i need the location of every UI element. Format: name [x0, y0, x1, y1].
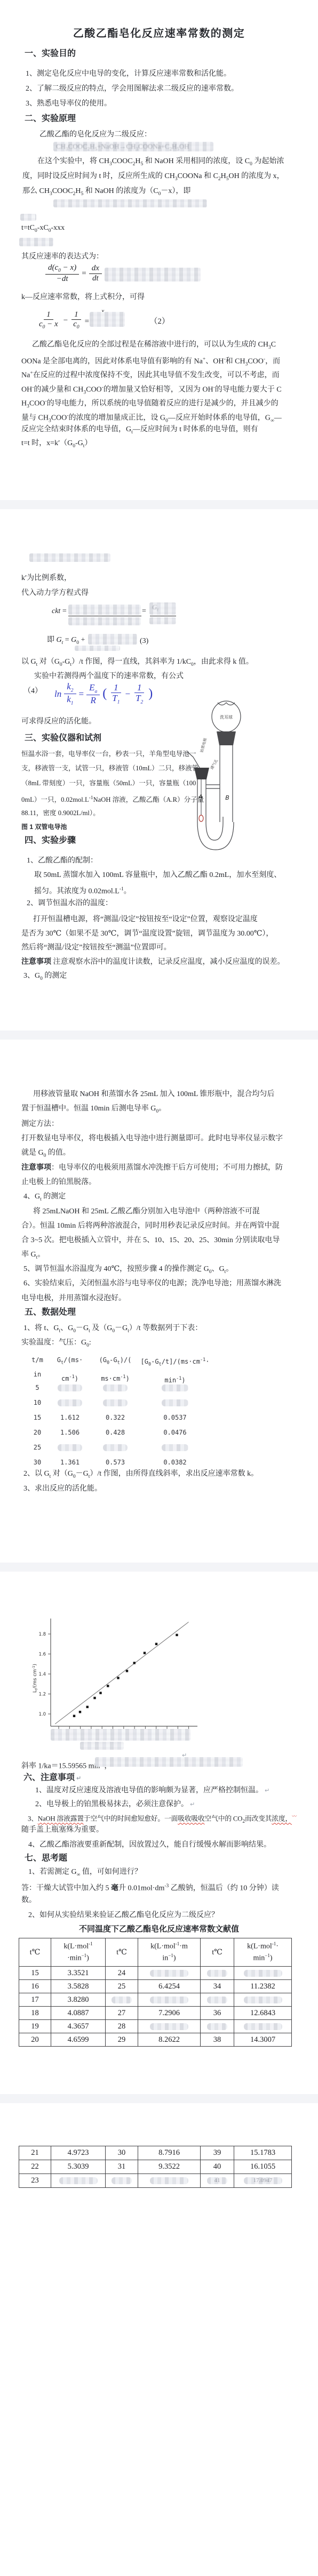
text-line: 合 3~5 次。把电极插入立管中，并在 5、10、15、20、25、30min … — [21, 1236, 280, 1245]
table-cell — [201, 1967, 234, 1980]
redacted-region — [80, 1742, 124, 1750]
text-line: 度，同时设反应时间为 t 时，反应所生成的 CH3COONa 和 C2H5OH … — [22, 172, 284, 184]
redacted-cell — [150, 1970, 188, 1977]
table-cell: 3.8280 — [51, 1993, 106, 2007]
table-cell: 23 — [19, 2174, 51, 2188]
table-cell: 3.5828 — [51, 1980, 106, 1993]
text-line: 1、若需测定 G∞ 值，可如何进行？ — [28, 1867, 142, 1880]
redacted-cell — [162, 1399, 188, 1406]
table-cell: 9.3522 — [138, 2160, 201, 2174]
text-line: 量与 CH3COO-的浓度的增加量成正比，设 G0—反应开始时体系的电导值，G∞… — [21, 411, 282, 425]
formula-rate: d(c0 − x) −dt = dx dt — [45, 263, 102, 284]
text-line: = — [142, 607, 146, 616]
redacted-region — [75, 646, 120, 651]
text-line: 2、以 Gt 对（G0－Gt）/t 作图，由所得直线斜率，求出反应速率常数 k。 — [23, 1469, 258, 1482]
y-tick-label: 1.2 — [38, 1692, 46, 1697]
chart-gt-vs-g0gt-over-t: 1.01.21.41.61.8Lt/(ms cm-1) — [28, 1614, 214, 1748]
text-line: 以 Gt 对（G0-Gt）/t 作图，得一直线，其斜率为 1/kC0，由此求得 … — [21, 657, 253, 670]
data-point — [126, 1670, 128, 1672]
redacted-cell — [103, 1399, 128, 1406]
table-cell: 4.0887 — [51, 2007, 106, 2020]
text-line: 是否为 30℃（如果不是 30℃，调节“温度设置”旋钮，调节温度为 30.00℃… — [21, 929, 273, 939]
redacted-cell — [58, 1444, 82, 1451]
text-line: 随手盖上瓶塞殊为重要。 — [21, 1825, 104, 1835]
data-point — [93, 1697, 96, 1699]
table-cell — [201, 2020, 234, 2033]
table-header-cell: k(L·mol-1·min−1) — [51, 1938, 106, 1967]
redacted-cell — [207, 2023, 227, 2030]
table-cell: 11.2382 — [234, 1980, 292, 1993]
text-line: 六、注意事项↵ — [23, 1773, 81, 1783]
table-row: 204.6599298.26223814.3007 — [19, 2033, 292, 2047]
text-line: 6、实验结束后，关闭恒温水浴与电导率仪的电源；洗净电导池；用蒸馏水淋洗 — [23, 1279, 281, 1289]
redacted-region — [68, 617, 141, 625]
table-cell: 21 — [19, 2146, 51, 2160]
redacted-ghost-text: CH3COOC2H5+NaOH→CH3COONa+C2H5OH — [56, 142, 189, 152]
table-cell — [106, 1993, 138, 2007]
table-cell: 1.361 — [49, 1458, 91, 1467]
table-cell: 30 — [26, 1458, 49, 1467]
redacted-region — [149, 617, 176, 624]
table-cell: 15 — [19, 1967, 51, 1980]
text-line: 恒温水浴一套，电导率仪一台，秒表一只，羊角型电导池一 — [21, 749, 196, 759]
text-line: 率 Gt。 — [21, 1250, 45, 1262]
text-line: 4、乙酸乙酯溶液要重新配制，因放置过久，能自行缓慢水解而影响结果。 — [28, 1840, 271, 1850]
redacted-cell — [162, 1444, 188, 1451]
table-cell: 15.1783 — [234, 2146, 292, 2160]
text-line: 3、求出反应的活化能。 — [23, 1484, 102, 1494]
text-line: 2、调节恒温水浴的温度： — [27, 899, 113, 908]
redacted-region — [88, 634, 137, 645]
table-header-cell: k(L·mol-1·min−1) — [234, 1938, 292, 1967]
text-line: 其反应速率的表达式为： — [21, 252, 104, 262]
table-cell — [106, 2174, 138, 2188]
text-line: 图 1 双管电导池 — [21, 822, 67, 832]
text-line: 打开数显电导率仪，将电极插入电导池中进行测量即可。此时电导率仪显示数字 — [21, 1134, 283, 1144]
text-line: 取 50mL 蒸馏水加入 100mL 容量瓶中，加入乙酸乙酯 0.2mL，加水至… — [34, 871, 281, 880]
table-cell: 4.9723 — [51, 2146, 106, 2160]
redacted-cell — [58, 1384, 82, 1391]
text-line: 七、思考题 — [25, 1854, 67, 1863]
stopper-b — [217, 731, 236, 745]
text-line: t=t 时，x=k′（G0-Gt） — [21, 439, 92, 451]
table-cell: 29 — [106, 2033, 138, 2047]
table-cell: 39 — [201, 2146, 234, 2160]
table-cell: 19 — [19, 2020, 51, 2033]
figure-conductivity-cell: 洗耳球 铂黑电极 通气孔 A B — [185, 689, 259, 865]
redacted-cell — [112, 2177, 132, 2184]
electrode-tip — [199, 815, 203, 822]
redacted-cell — [59, 2177, 98, 2184]
text-line: 1、温度对反应速度及溶液电导值的影响颇为显著，应严格控制恒温。↵ — [35, 1786, 269, 1796]
data-point — [79, 1711, 81, 1713]
text-line: 置于恒温槽中。恒温 10min 后测电导率 G0。 — [21, 1104, 166, 1116]
text-line: 支，移液管一支，试管一只，移液管（10mL）二只，移液管 — [21, 763, 198, 773]
text-line: 可求得反应的活化能。 — [21, 717, 96, 727]
table-cell: 20 — [26, 1428, 49, 1437]
redacted-region — [51, 1729, 190, 1741]
data-point — [86, 1706, 89, 1708]
label-tube-b: B — [225, 794, 229, 801]
table-row: 184.0887277.29063612.6843 — [19, 2007, 292, 2020]
text-line: 1、将 t、Gt、G0－Gt 及（G0－Gt）/t 等数据列于下表： — [23, 1324, 202, 1336]
redacted-region — [68, 605, 141, 615]
table-cell: 22 — [19, 2160, 51, 2174]
label-vent: 通气孔 — [209, 758, 219, 770]
fraction: 1 T1 — [109, 682, 122, 706]
fraction: d(c0 − x) −dt — [45, 263, 79, 284]
trend-line — [55, 1622, 188, 1724]
literature-rate-constant-table: 214.9723308.79163915.1783225.3039319.352… — [19, 2146, 292, 2188]
table-cell — [90, 1443, 141, 1452]
table-cell — [138, 2174, 201, 2188]
table-row: 225.3039319.35224016.1055 — [19, 2160, 292, 2174]
table-row: 194.365728 — [19, 2020, 292, 2033]
table-cell — [234, 2020, 292, 2033]
table-cell — [49, 1383, 91, 1392]
text-line: 摇匀。其浓度为 0.02mol.L-1。 — [34, 884, 131, 897]
fraction-bar — [150, 616, 176, 616]
redacted-cell: 41 — [207, 2177, 227, 2184]
table-cell: 12.6843 — [234, 2007, 292, 2020]
data-point — [176, 1634, 178, 1636]
label-wash-bulb: 洗耳球 — [220, 714, 233, 720]
text-line: 五、数据处理 — [25, 1308, 76, 1317]
redacted-cell — [150, 2023, 188, 2030]
table-cell — [234, 1967, 292, 1980]
redacted-region — [20, 214, 36, 221]
redacted-cell — [103, 1444, 128, 1451]
text-line: 数。 — [21, 1896, 36, 1905]
table-header-cell: k(L·mol-1·min−1) — [138, 1938, 201, 1967]
table-cell: 0.0382 — [138, 1458, 212, 1467]
formula-arrhenius: ln k2 k1 = Ea R ( 1 T1 − 1 T2 ) — [54, 681, 153, 707]
y-tick-label: 1.4 — [38, 1672, 46, 1677]
table-cell: 38 — [201, 2033, 234, 2047]
table-cell — [138, 2020, 201, 2033]
table-cell: 15 — [26, 1413, 49, 1422]
page-break-band — [0, 1563, 318, 1572]
text-line: OONa 是全部电离的，因此对体系电导值有影响的有 Na+、OH-和 CH3CO… — [21, 355, 280, 369]
table-cell — [138, 1443, 212, 1452]
text-line: （8mL 带刻度）一只，容量瓶（50mL）一只，容量瓶（100 — [21, 778, 196, 788]
text-line: 四、实验步骤 — [25, 836, 76, 846]
text-line: 5、调节恒温水浴温度为 40℃，按照步骤 4 的操作测定 G0、Gt。 — [23, 1265, 233, 1277]
text-line: 1、乙酸乙酯的配制： — [27, 856, 98, 866]
redacted-region — [29, 553, 110, 562]
table-cell: 0.573 — [90, 1458, 141, 1467]
table-cell: 25 — [26, 1443, 49, 1452]
fraction-bar — [68, 616, 141, 616]
text-line: 就是 G0 的值。 — [21, 1148, 70, 1161]
table-header-cell: Gt/(ms·cm-1) — [49, 1353, 91, 1386]
redacted-cell — [162, 1384, 188, 1391]
table-row: 153.352124 — [19, 1967, 292, 1980]
y-tick-label: 1.0 — [38, 1712, 46, 1717]
text-line: 打开恒温槽电源，将“测温/设定”按钮按至“设定”位置，观察设定温度 — [33, 915, 258, 924]
text-line: 3、G0 的测定 — [23, 971, 67, 984]
redacted-cell — [150, 1997, 188, 2003]
table-cell: 4.3657 — [51, 2020, 106, 2033]
page-break-band — [0, 1031, 318, 1040]
text-line: 一、实验目的 — [25, 49, 76, 59]
redacted-region — [105, 268, 201, 281]
table-cell: 18 — [19, 2007, 51, 2020]
table-cell: 4.6599 — [51, 2033, 106, 2047]
table-cell: 31 — [106, 2160, 138, 2174]
table-cell: 5 — [26, 1383, 49, 1392]
table-cell — [51, 2174, 106, 2188]
fraction: 1 c0 − x — [36, 310, 61, 331]
table-cell: 41 — [201, 2174, 234, 2188]
redacted-cell — [244, 2023, 282, 2030]
label-electrode: 铂黑电极 — [199, 737, 208, 753]
text-line: 二、实验原理 — [25, 114, 76, 124]
table-cell: 8.7916 — [138, 2146, 201, 2160]
document-page: 乙酸乙酯皂化反应速率常数的测定 一、实验目的1、测定皂化反应中电导的变化，计算反… — [0, 0, 318, 2576]
text-line: 注意事项 注意观察水浴中的温度计读数，记录反应温度，减小反应温度的误差。 — [21, 957, 285, 967]
table-cell: 24 — [106, 1967, 138, 1980]
table-cell: 10 — [26, 1398, 49, 1407]
page-break-band — [0, 500, 318, 509]
text-line: 2、如何从实验结果来验证乙酸乙酯皂化反应为二级反应？ — [28, 1911, 219, 1920]
redacted-cell — [207, 1997, 227, 2003]
text-line: 3、熟悉电导率仪的使用。 — [26, 99, 112, 109]
text-line: Na+在反应的过程中浓度保持不变，因此其电导值不发生改变，可以不考虑，而 — [21, 368, 280, 381]
text-line: 乙酸乙酯的皂化反应为二级反应： — [39, 130, 152, 140]
redacted-cell — [112, 1997, 132, 2003]
table-cell: 34 — [201, 1980, 234, 1993]
data-point — [155, 1643, 157, 1645]
fraction: 1 T2 — [133, 682, 146, 706]
table-cell: 27 — [106, 2007, 138, 2020]
table-header-cell: t/min — [26, 1353, 49, 1382]
text-line: ckt = — [52, 607, 67, 616]
table-cell: 17 — [19, 1993, 51, 2007]
table-cell — [49, 1398, 91, 1407]
table-cell — [49, 1443, 91, 1452]
table-cell — [234, 1993, 292, 2007]
table-cell: 16 — [19, 1980, 51, 1993]
table-cell — [138, 1398, 212, 1407]
text-line: 反应完全结束时体系的电导值，Gt—反应时间为 t 时体系的电导值，则有 — [21, 425, 258, 437]
data-point — [133, 1662, 136, 1664]
scatter-chart: 1.01.21.41.61.8Lt/(ms cm-1) — [28, 1614, 214, 1748]
data-point — [73, 1715, 75, 1717]
table-cell: 14.3007 — [234, 2033, 292, 2047]
table-row: 173.8280 — [19, 1993, 292, 2007]
table-cell: 1.506 — [49, 1428, 91, 1437]
table-row: 163.5828256.42543411.2382 — [19, 1980, 292, 1993]
redacted-region — [19, 238, 53, 246]
table-header-cell: (G0-Gt)/(ms·cm-1) — [90, 1353, 141, 1386]
data-point — [99, 1692, 101, 1694]
table-cell — [90, 1383, 141, 1392]
table-cell: 28 — [106, 2020, 138, 2033]
text-line: （4） — [23, 687, 42, 696]
table-cell — [201, 1993, 234, 2007]
table-cell: 5.3039 — [51, 2160, 106, 2174]
text-line: 在这个实验中，将 CH3COOC2H5 和 NaOH 采用相同的浓度，设 C0 … — [37, 157, 284, 169]
redacted-cell — [207, 1970, 227, 1977]
text-line: 然后将“测温/设定”按钮按至“测温”位置即可。 — [21, 943, 171, 953]
text-line: 88.11，密度 0.9002L/ml）。 — [21, 808, 100, 818]
redacted-region — [95, 1757, 243, 1767]
text-line: H3COO-的导电能力，所以系统的电导值随着反应的进行是减少的，并且减少的 — [21, 397, 279, 411]
text-line: k′为比例系数， — [21, 574, 71, 583]
text-line: 合）。恒温 10min 后将两种溶液混合，同时用秒表记录反应时间。并在两管中混 — [21, 1221, 280, 1231]
text-line: 三、实验仪器和试剂 — [25, 734, 101, 743]
text-line: 不同温度下乙酸乙酯皂化反应速率常数文献值 — [0, 1925, 318, 1934]
redacted-cell: 17.0947 — [244, 2177, 282, 2184]
fraction: 1 c0 — [70, 310, 82, 331]
table-header-cell: t℃ — [201, 1938, 234, 1967]
redacted-cell — [103, 1384, 128, 1391]
redacted-region — [90, 312, 125, 327]
text-line: 2、电导极上的铂黑极易抹去，必须注意保护。↵ — [35, 1800, 195, 1809]
page-break-band — [0, 2094, 318, 2103]
table-cell: 0.0537 — [138, 1413, 212, 1422]
text-line: 2、了解二级反应的特点，学会用图解法求二级反应的速率常数。 — [26, 84, 238, 94]
table-header-cell: t℃ — [106, 1938, 138, 1967]
data-point — [117, 1677, 119, 1679]
text-line: 4、Gt 的测定 — [23, 1192, 66, 1204]
table-cell: 25 — [106, 1980, 138, 1993]
y-tick-label: 1.6 — [38, 1652, 46, 1657]
text-line: 止电极上的铂黑脱落。 — [21, 1178, 96, 1187]
text-line: 实验中若测得两个温度下的速率常数，有公式 — [34, 672, 184, 681]
text-line: (3) — [140, 637, 148, 646]
text-line: 用移液管量取 NaOH 和蒸馏水各 25mL 加入 100mL 锥形瓶中，混合均… — [33, 1090, 274, 1099]
redacted-region — [53, 199, 207, 207]
table-row: 234117.0947 — [19, 2174, 292, 2188]
table-cell: 1.612 — [49, 1413, 91, 1422]
table-cell: 3.3521 — [51, 1967, 106, 1980]
data-point — [107, 1685, 109, 1687]
text-line: k—反应速率常数，将上式积分，可得 — [21, 293, 145, 302]
table-cell: 0.428 — [90, 1428, 141, 1437]
table-cell: 7.2906 — [138, 2007, 201, 2020]
redacted-ghost-text: Gt — [152, 603, 158, 613]
table-cell — [90, 1398, 141, 1407]
text-line: 将 25mLNaOH 和 25mL 乙酸乙酯分别加入电导池中（两种溶液不可混 — [33, 1207, 260, 1217]
fraction: k2 k1 — [64, 681, 76, 707]
text-line: OH-的减少量和 CH3COO-的增加量又恰好相等，又因为 OH-的导电能力要大… — [21, 383, 282, 397]
y-tick-label: 1.8 — [38, 1632, 46, 1637]
redacted-cell — [244, 1997, 282, 2003]
text-line: 乙酸乙酯皂化反应的全部过程是在稀溶液中进行的，可以认为生成的 CH3C — [32, 340, 276, 352]
table-cell — [138, 1967, 201, 1980]
label-tube-a: A — [198, 793, 203, 800]
text-line: 代入动力学方程式得 — [21, 589, 89, 598]
table-row: 214.9723308.79163915.1783 — [19, 2146, 292, 2160]
data-point — [144, 1652, 146, 1654]
text-line: 答：干燥大试管中加入约 5 毫升 0.01mol·dm-3 乙酸钠，恒温后（约 … — [21, 1881, 279, 1894]
table-cell: 17.0947 — [234, 2174, 292, 2188]
text-line: 3、NaOH 溶液露置于空气中的时间愈短愈好。一面吸收吸收空气中的 CO2而改变… — [28, 1812, 297, 1826]
text-line: 那么 CH3COOC2H5 和 NaOH 的浓度为（C0－x），即 — [22, 187, 190, 199]
literature-rate-constant-table: t℃k(L·mol-1·min−1)t℃k(L·mol-1·min−1)t℃k(… — [19, 1938, 292, 2047]
table-cell — [138, 1993, 201, 2007]
y-axis-label: Lt/(ms cm-1) — [31, 1664, 38, 1693]
text-line: 测定方法： — [21, 1120, 59, 1129]
text-line: 电导电极，并用蒸馏水浸泡好。 — [21, 1294, 126, 1303]
table-cell: 0.0476 — [138, 1428, 212, 1437]
fraction: dx dt — [89, 264, 102, 283]
table-cell: 40 — [201, 2160, 234, 2174]
text-line: 实验温度：气压：G0: — [21, 1338, 91, 1350]
electrode-wire — [187, 752, 200, 768]
table-cell: 6.4254 — [138, 1980, 201, 1993]
redacted-cell — [244, 1970, 282, 1977]
text-line: 0mL）一只，0.02mol.L-1NaOH 溶液，乙酸乙酯（A.R）分子量 — [21, 793, 204, 804]
table-cell: 20 — [19, 2033, 51, 2047]
table-cell — [138, 1383, 212, 1392]
table-header-cell: t℃ — [19, 1938, 51, 1967]
fraction: Ea R — [86, 682, 100, 706]
table-cell: 8.2622 — [138, 2033, 201, 2047]
table-cell: 36 — [201, 2007, 234, 2020]
table-cell: 30 — [106, 2146, 138, 2160]
text-line: t=tC0-xC0-xxx — [21, 223, 65, 236]
redacted-cell — [150, 2177, 188, 2184]
stopper-a — [194, 768, 209, 779]
table-cell: 16.1055 — [234, 2160, 292, 2174]
text-line: 1、测定皂化反应中电导的变化，计算反应速率常数和活化能。 — [26, 69, 231, 79]
text-line: 注意事项：电导率仪的电极须用蒸馏水冲洗擦干后方可使用；不可用力擦拭，防 — [21, 1163, 283, 1173]
page-title: 乙酸乙酯皂化反应速率常数的测定 — [0, 25, 318, 40]
redacted-cell — [58, 1399, 82, 1406]
table-cell: 0.322 — [90, 1413, 141, 1422]
